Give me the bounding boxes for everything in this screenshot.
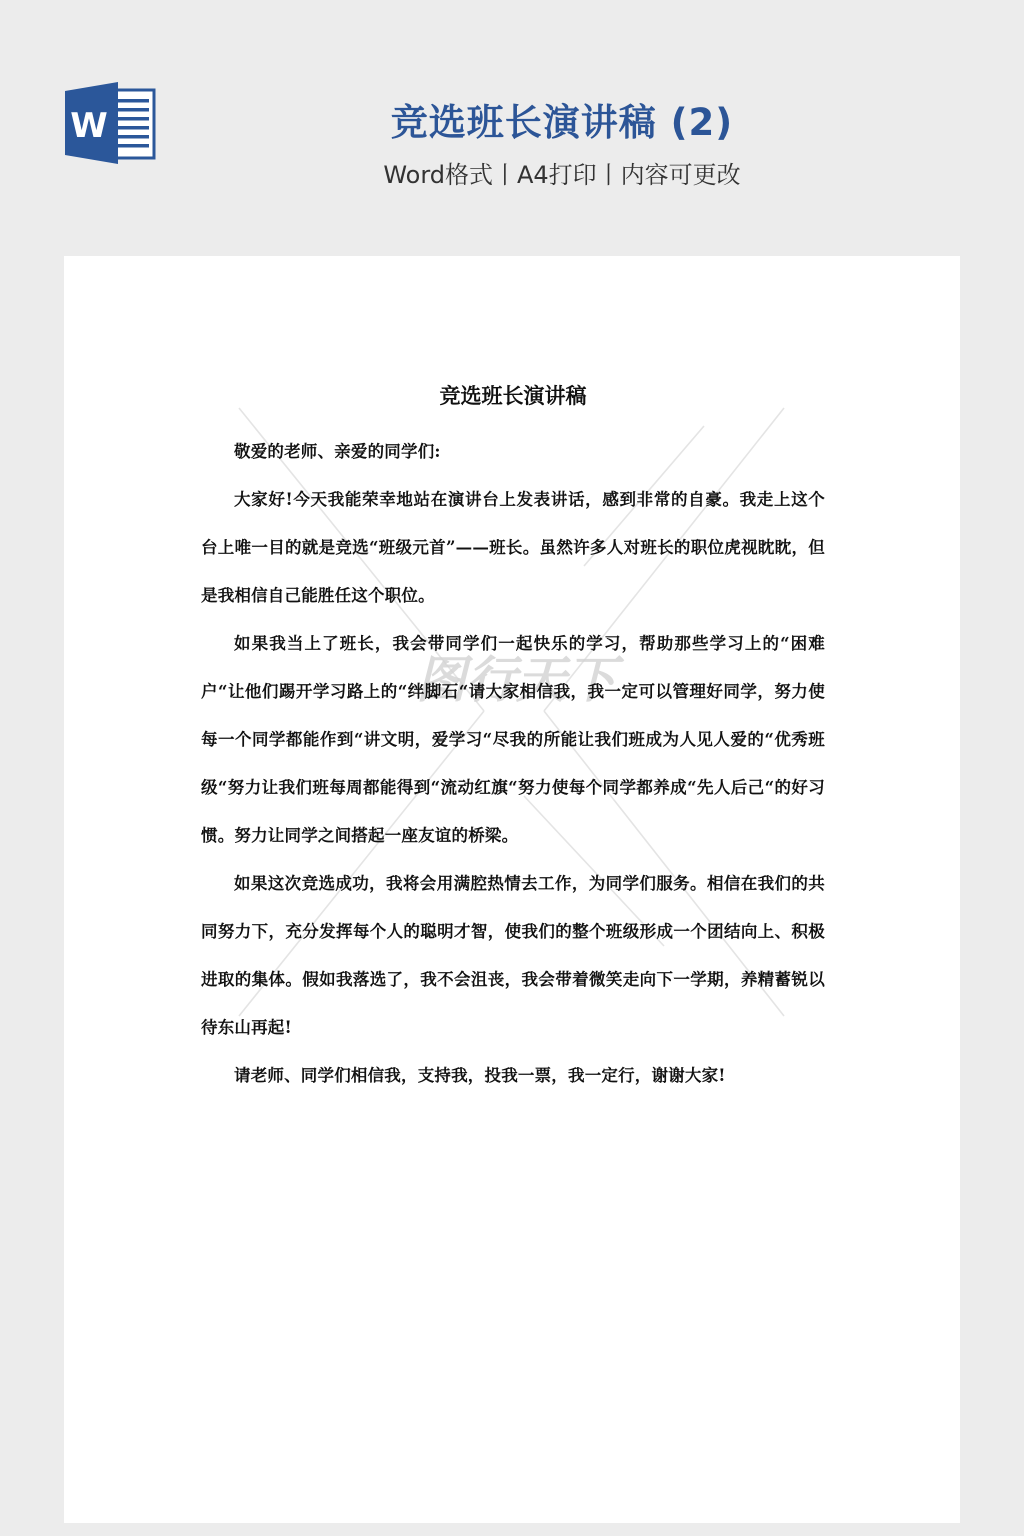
document-title: 竞选班长演讲稿 [201, 376, 825, 416]
page-title: 竞选班长演讲稿 (2) [0, 92, 1024, 146]
header: W 竞选班长演讲稿 (2) Word格式丨A4打印丨内容可更改 [0, 0, 1024, 256]
paragraph: 大家好!今天我能荣幸地站在演讲台上发表讲话，感到非常的自豪。我走上这个台上唯一目… [201, 476, 825, 620]
paragraph-salutation: 敬爱的老师、亲爱的同学们: [201, 428, 825, 476]
document-body: 竞选班长演讲稿 敬爱的老师、亲爱的同学们: 大家好!今天我能荣幸地站在演讲台上发… [201, 376, 825, 1100]
document-page: 图行天下 竞选班长演讲稿 敬爱的老师、亲爱的同学们: 大家好!今天我能荣幸地站在… [64, 256, 960, 1523]
paragraph: 如果我当上了班长，我会带同学们一起快乐的学习，帮助那些学习上的“困难户“让他们踢… [201, 620, 825, 860]
paragraph-closing: 请老师、同学们相信我，支持我，投我一票，我一定行，谢谢大家! [201, 1052, 825, 1100]
paragraph: 如果这次竞选成功，我将会用满腔热情去工作，为同学们服务。相信在我们的共同努力下，… [201, 860, 825, 1052]
page-subtitle: Word格式丨A4打印丨内容可更改 [0, 155, 1024, 190]
